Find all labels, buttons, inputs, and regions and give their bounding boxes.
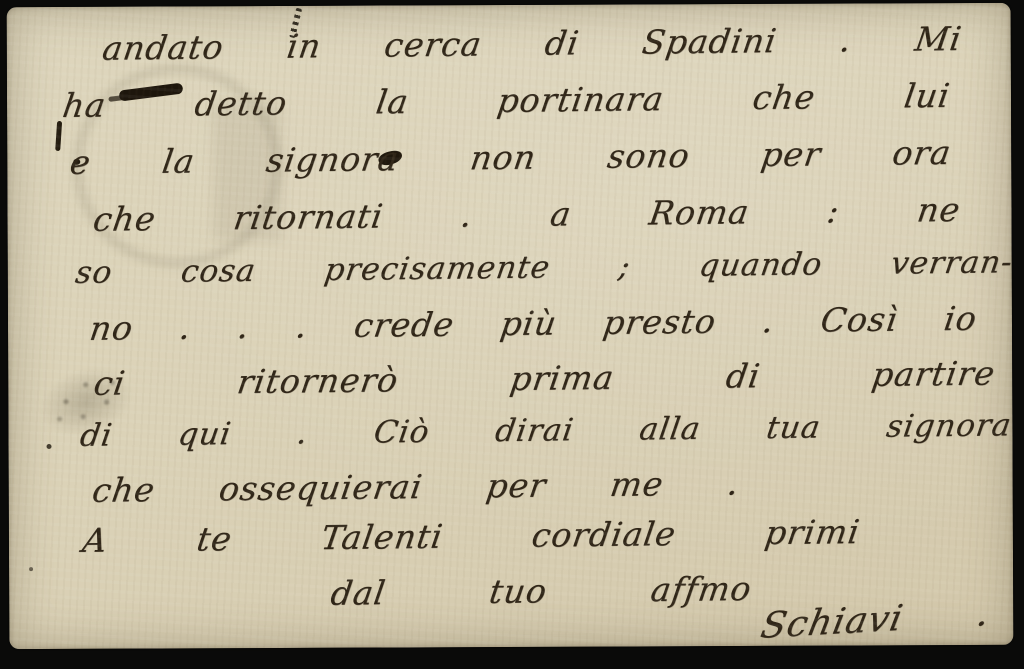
exclamation-ink-mark (55, 121, 62, 151)
handwriting-line: ci ritornerò prima di partire (91, 354, 998, 403)
scan-background: andato in cerca di Spadini . Mi ha detto… (0, 0, 1024, 669)
postcard-paper: andato in cerca di Spadini . Mi ha detto… (7, 3, 1014, 649)
ink-speck (47, 444, 52, 449)
handwriting-line: no . . . crede più presto . Così io (87, 299, 980, 348)
handwriting-line: e la signora non sono per ora (67, 133, 954, 182)
closing-line: dal tuo affmo (328, 569, 754, 613)
handwriting-line: so cosa precisamente ; quando verran- (73, 244, 1013, 291)
handwriting-line: di qui . Ciò dirai alla tua signora (78, 407, 1014, 454)
handwriting-line: A te Talenti cordiale primi (80, 512, 863, 560)
handwriting-line: che ritornati . a Roma : ne (91, 190, 964, 239)
ink-speck (29, 567, 33, 571)
handwriting-line: andato in cerca di Spadini . Mi (100, 19, 965, 68)
signature: Schiavi . (757, 593, 993, 647)
handwriting-line: che ossequierai per me . (90, 463, 742, 509)
handwriting-line: ha detto la portinara che lui (60, 76, 953, 125)
